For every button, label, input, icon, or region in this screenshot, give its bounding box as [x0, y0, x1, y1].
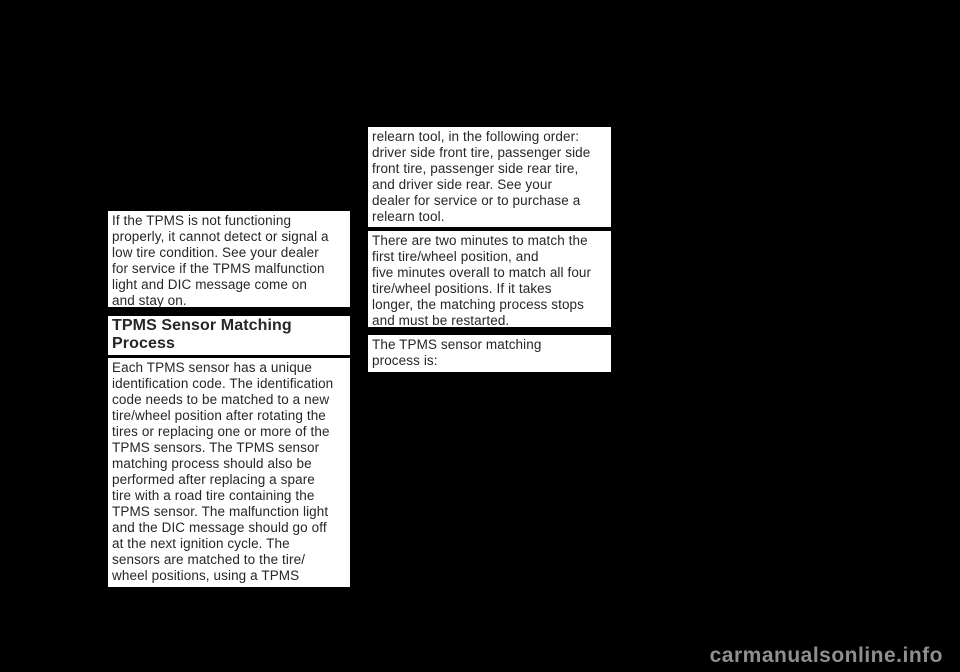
paragraph-matching-process-intro: The TPMS sensor matching process is:	[368, 335, 611, 372]
paragraph-tpms-not-functioning: If the TPMS is not functioning properly,…	[108, 211, 350, 307]
paragraph-matching-time-limits: There are two minutes to match the first…	[368, 231, 611, 327]
watermark-text: carmanualsonline.info	[710, 644, 943, 668]
paragraph-sensor-id-code: Each TPMS sensor has a unique identifica…	[108, 358, 350, 587]
heading-tpms-sensor-matching-process: TPMS Sensor Matching Process	[108, 316, 350, 355]
manual-page: If the TPMS is not functioning properly,…	[0, 0, 960, 672]
paragraph-relearn-order: relearn tool, in the following order: dr…	[368, 127, 611, 227]
